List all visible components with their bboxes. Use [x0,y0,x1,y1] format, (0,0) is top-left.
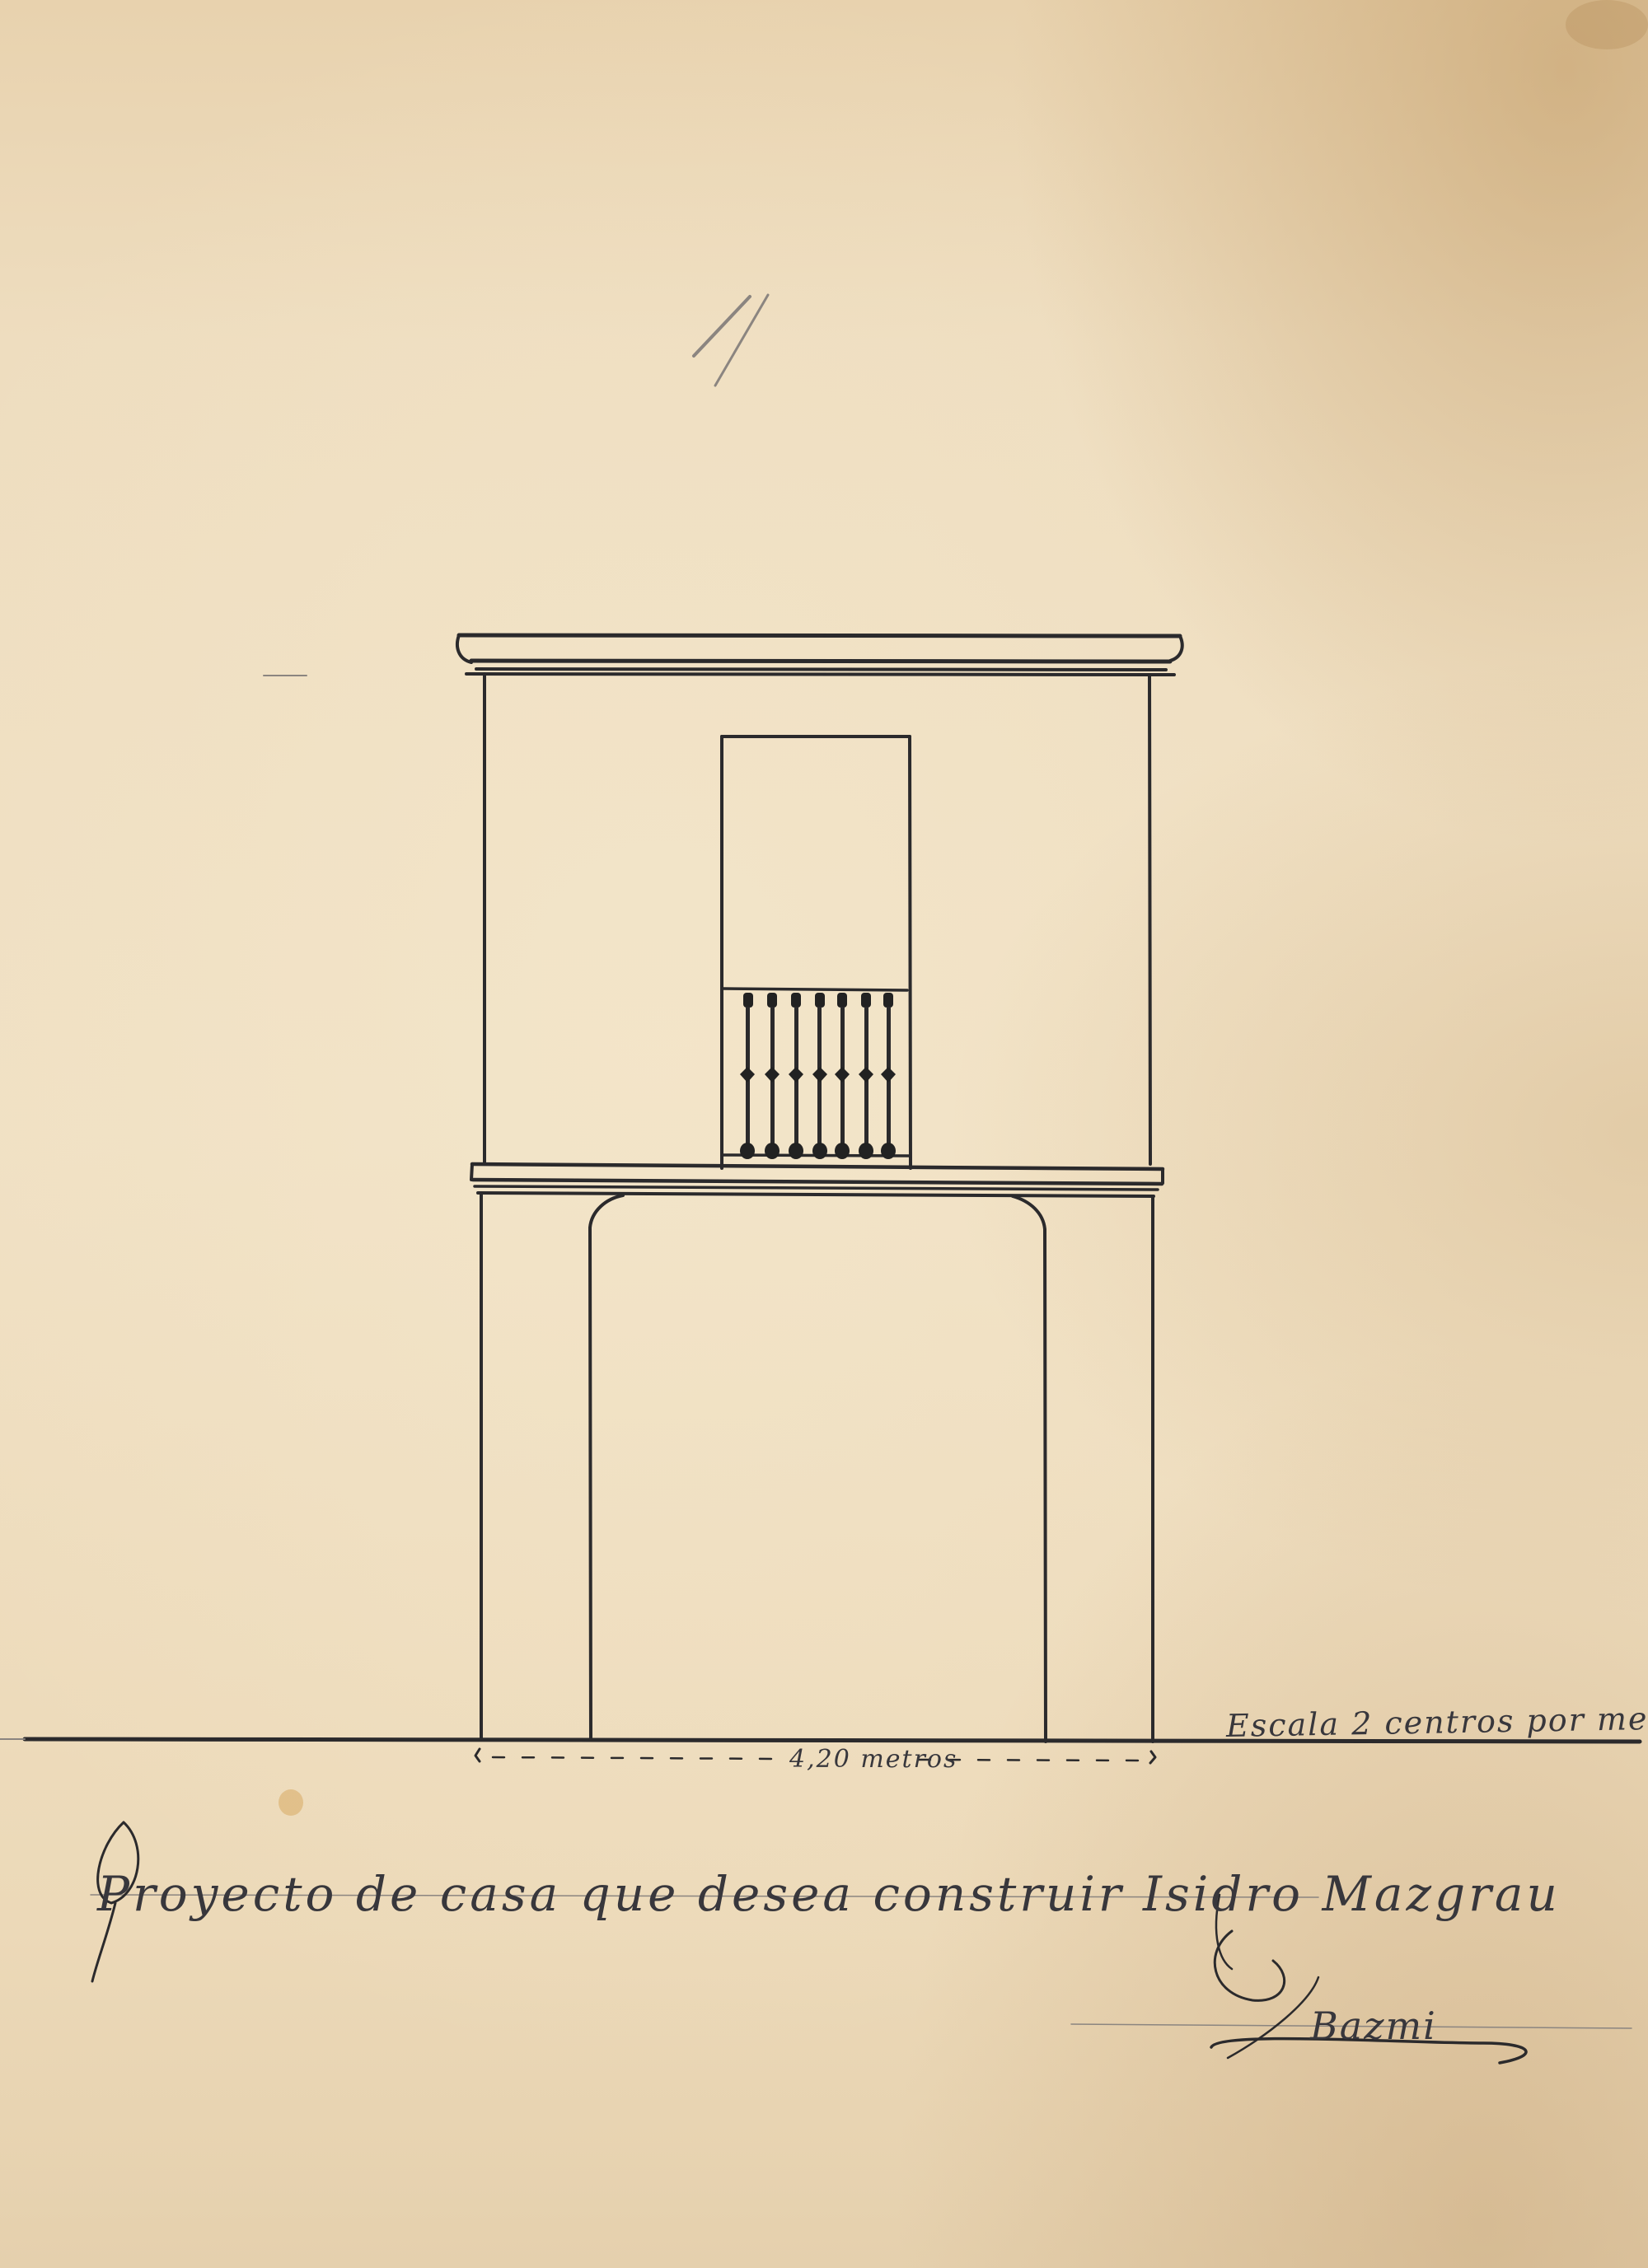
upper-right-wall [1149,675,1150,1164]
drawing-title: Proyecto de casa que desea construir Isi… [97,1866,1561,1922]
arched-doorway [590,1195,1046,1742]
baluster [765,993,780,1159]
width-dimension-label: 4,20 metros [789,1745,957,1774]
drawing-sheet: Escala 2 centros por metro 4,20 metros P… [0,0,1648,2268]
mid-cornice [471,1164,1163,1196]
baluster [812,993,827,1159]
upper-window [722,737,911,1168]
scale-note: Escala 2 centros por metro [1226,1700,1648,1744]
margin-mark [694,295,768,386]
baluster [881,993,896,1159]
baluster [740,993,755,1159]
baluster [835,993,850,1159]
facade-elevation-drawing [0,0,1648,2268]
signature: Bazmi [1310,2004,1437,2048]
balcony-railing [740,993,896,1159]
baluster [789,993,803,1159]
top-cornice [457,635,1182,675]
baluster [859,993,873,1159]
